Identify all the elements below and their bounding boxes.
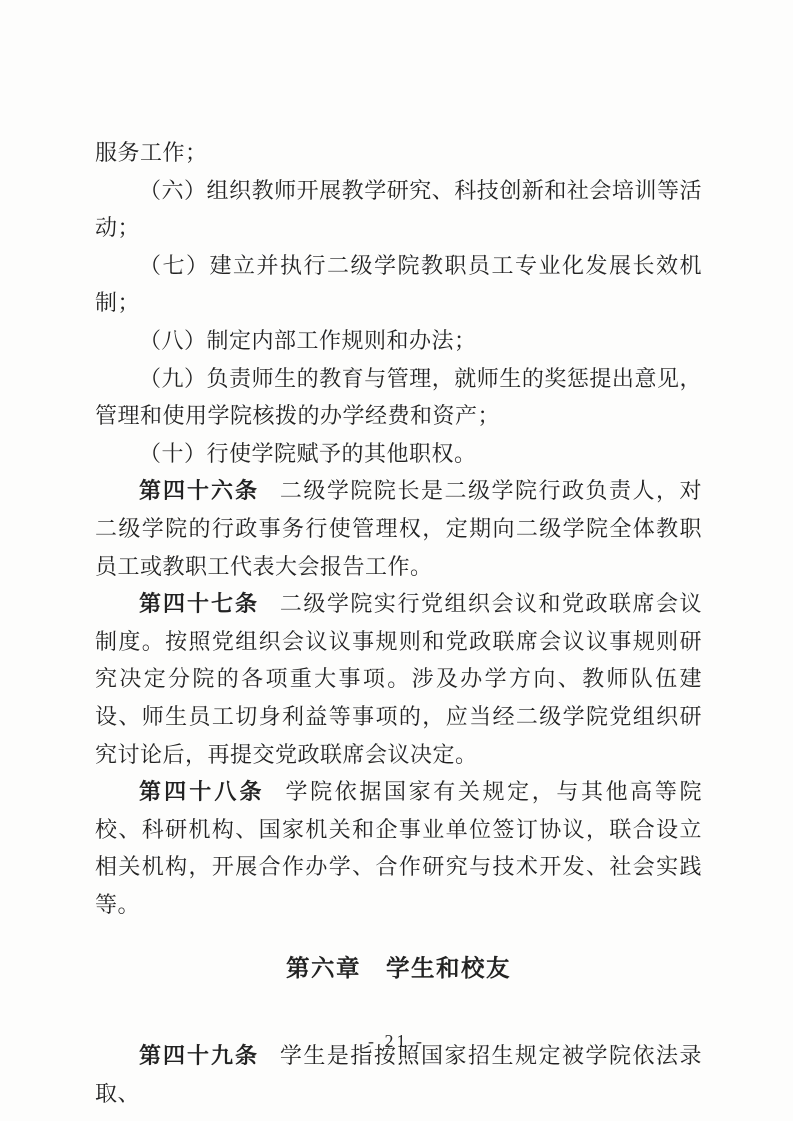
paragraph-continuation: 服务工作； (95, 134, 702, 172)
list-item-9: （九）负责师生的教育与管理，就师生的奖惩提出意见，管理和使用学院核拨的办学经费和… (95, 360, 702, 435)
document-page: 服务工作； （六）组织教师开展教学研究、科技创新和社会培训等活动； （七）建立并… (0, 0, 793, 1121)
chapter-heading: 第六章 学生和校友 (95, 950, 702, 988)
article-46-number: 第四十六条 (139, 478, 259, 503)
article-46-paragraph: 第四十六条二级学院院长是二级学院行政负责人，对二级学院的行政事务行使管理权，定期… (95, 472, 702, 585)
page-number: - 21 - (0, 1031, 793, 1052)
list-item-8: （八）制定内部工作规则和办法； (95, 322, 702, 360)
list-item-10: （十）行使学院赋予的其他职权。 (95, 435, 702, 473)
article-47-paragraph: 第四十七条二级学院实行党组织会议和党政联席会议制度。按照党组织会议议事规则和党政… (95, 585, 702, 773)
article-47-number: 第四十七条 (139, 591, 259, 616)
list-item-6: （六）组织教师开展教学研究、科技创新和社会培训等活动； (95, 172, 702, 247)
list-item-7: （七）建立并执行二级学院教职员工专业化发展长效机制； (95, 247, 702, 322)
page-body: 服务工作； （六）组织教师开展教学研究、科技创新和社会培训等活动； （七）建立并… (95, 134, 702, 1112)
article-47-text: 二级学院实行党组织会议和党政联席会议制度。按照党组织会议议事规则和党政联席会议议… (95, 591, 702, 766)
article-48-paragraph: 第四十八条学院依据国家有关规定，与其他高等院校、科研机构、国家机关和企事业单位签… (95, 773, 702, 923)
article-48-number: 第四十八条 (139, 779, 265, 804)
